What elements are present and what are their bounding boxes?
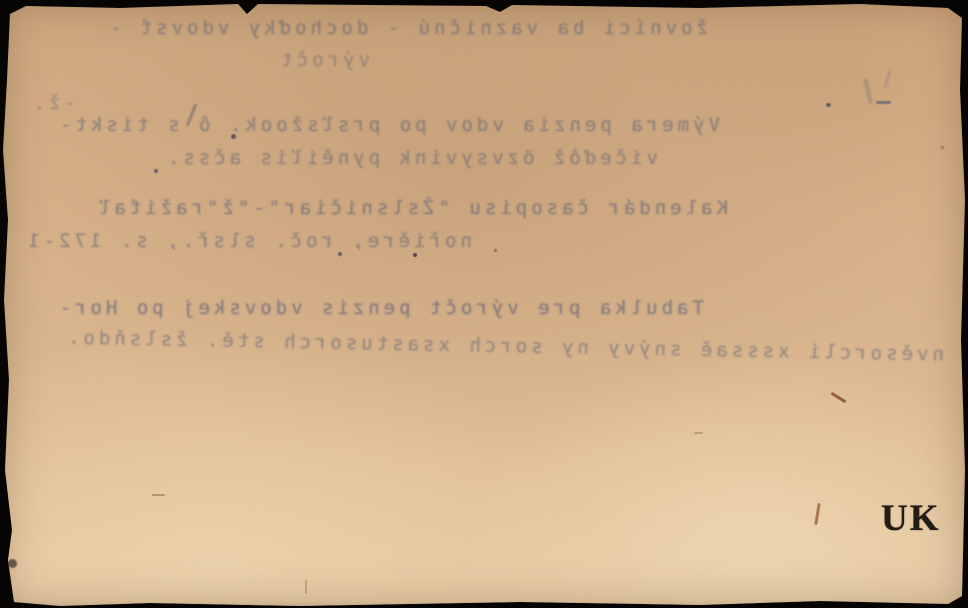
uk-library-stamp: UK	[881, 500, 941, 537]
scan-background: žovníci ba vazničnú - dochoďky vdovsť - …	[0, 0, 968, 608]
bleed-through-text: žovníci ba vazničnú - dochoďky vdovsť - …	[0, 0, 968, 608]
card-paper: žovníci ba vazničnú - dochoďky vdovsť - …	[0, 0, 968, 608]
bleed-text-line: výročt	[250, 49, 370, 71]
ink-speck	[413, 253, 417, 257]
bleed-text-line: Tabulka pre výročt penzis vdovskej po Ho…	[26, 297, 704, 319]
dark-stain	[8, 559, 17, 568]
ink-speck	[941, 146, 944, 149]
bleed-text-line: nořiěre, roč. slsř., s. 172-173	[24, 230, 472, 252]
bleed-text-line: vičeďôž özvsyvink pyněiľis ačss.	[92, 147, 658, 169]
bleed-text-line: -ž.	[24, 92, 76, 114]
bleed-text-line: Kalendár časopisu "Žslsničiar"-"ž"ražiťa…	[92, 197, 728, 219]
ink-speck	[231, 134, 236, 139]
bleed-text-line: Výmera penzia vdov po prsľsžook. ô s tis…	[26, 114, 720, 136]
ink-smudge	[876, 101, 891, 104]
paper-fiber	[305, 580, 307, 594]
paper-fiber	[694, 432, 703, 434]
bleed-text-line: nvěsorcli xsssaě snývy ny sorch xsastuso…	[56, 326, 944, 365]
bleed-text-line: žovníci ba vazničnú - dochoďky vdovsť -	[36, 17, 708, 39]
ink-speck	[494, 249, 497, 252]
ink-speck	[154, 169, 158, 173]
paper-fiber	[152, 494, 165, 496]
ink-speck	[338, 252, 342, 256]
ink-speck	[826, 103, 831, 107]
